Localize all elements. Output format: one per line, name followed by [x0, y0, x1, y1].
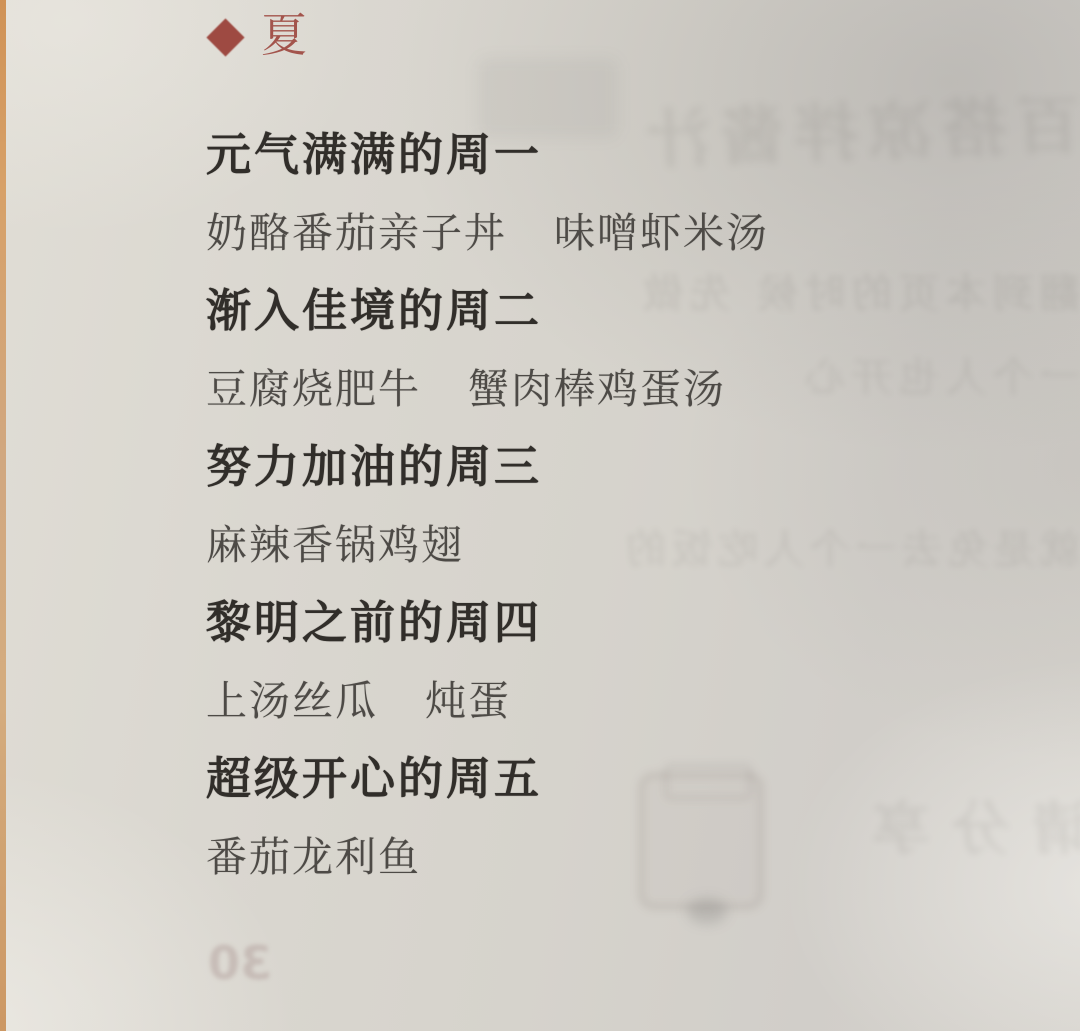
paper-speck — [687, 898, 727, 924]
dish-line: 奶酪番茄亲子丼味噌虾米汤 — [206, 194, 1066, 272]
menu-entry-tuesday: 渐入佳境的周二 豆腐烧肥牛蟹肉棒鸡蛋汤 — [206, 272, 1066, 428]
weekly-menu-list: 元气满满的周一 奶酪番茄亲子丼味噌虾米汤 渐入佳境的周二 豆腐烧肥牛蟹肉棒鸡蛋汤… — [206, 116, 1066, 896]
dish-line: 番茄龙利鱼 — [206, 818, 1066, 896]
dish-name: 奶酪番茄亲子丼 — [206, 209, 507, 257]
dish-name: 上汤丝瓜 — [206, 677, 378, 725]
day-heading: 渐入佳境的周二 — [206, 272, 1066, 350]
menu-entry-thursday: 黎明之前的周四 上汤丝瓜炖蛋 — [206, 584, 1066, 740]
menu-entry-friday: 超级开心的周五 番茄龙利鱼 — [206, 740, 1066, 896]
dish-name: 麻辣香锅鸡翅 — [206, 521, 464, 569]
dish-name: 番茄龙利鱼 — [206, 833, 421, 881]
dish-line: 豆腐烧肥牛蟹肉棒鸡蛋汤 — [206, 350, 1066, 428]
section-title: 夏 — [261, 10, 309, 60]
diamond-bullet-icon — [206, 18, 244, 56]
dish-name: 炖蛋 — [425, 677, 511, 725]
dish-name: 味噌虾米汤 — [554, 209, 769, 257]
dish-name: 豆腐烧肥牛 — [206, 365, 421, 413]
menu-entry-monday: 元气满满的周一 奶酪番茄亲子丼味噌虾米汤 — [206, 116, 1066, 272]
day-heading: 元气满满的周一 — [206, 116, 1066, 194]
day-heading: 黎明之前的周四 — [206, 584, 1066, 662]
menu-entry-wednesday: 努力加油的周三 麻辣香锅鸡翅 — [206, 428, 1066, 584]
dish-name: 蟹肉棒鸡蛋汤 — [468, 365, 726, 413]
section-header: 夏 — [208, 10, 309, 60]
day-heading: 努力加油的周三 — [206, 428, 1066, 506]
dish-line: 麻辣香锅鸡翅 — [206, 506, 1066, 584]
day-heading: 超级开心的周五 — [206, 740, 1066, 818]
book-edge-strip — [0, 0, 6, 1031]
dish-line: 上汤丝瓜炖蛋 — [206, 662, 1066, 740]
